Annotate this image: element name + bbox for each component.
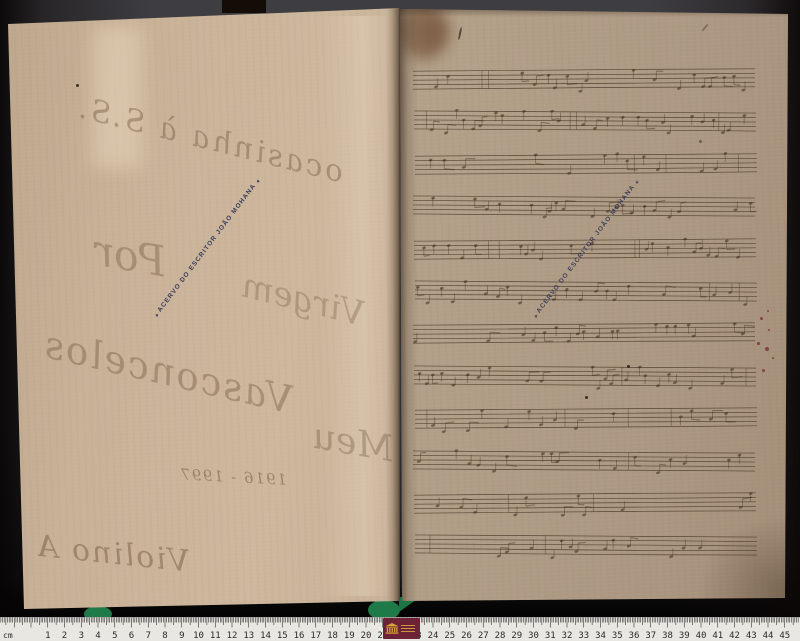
stamp-arrow-icon: ▲ — [634, 179, 640, 186]
ruler-number: 34 — [595, 631, 606, 641]
staff — [412, 489, 758, 521]
library-building-icon — [385, 623, 399, 635]
ruler-number: 13 — [243, 631, 254, 641]
ruler-number: 40 — [696, 631, 707, 641]
red-dot — [765, 347, 769, 351]
red-dot — [757, 342, 760, 345]
staff — [411, 192, 757, 224]
ruler-number: 10 — [193, 631, 204, 641]
ink-dot — [699, 140, 702, 143]
ruler-number: 26 — [461, 631, 472, 641]
ruler-number: 29 — [511, 631, 522, 641]
ruler-number: 25 — [444, 631, 455, 641]
ruler-number: 42 — [729, 631, 740, 641]
logo-microtext — [401, 625, 415, 632]
ruler-number: 16 — [294, 631, 305, 641]
ruler-number: 19 — [344, 631, 355, 641]
ruler-number: 11 — [210, 631, 221, 641]
ruler-number: 9 — [179, 631, 184, 641]
ink-dot — [585, 396, 588, 399]
staff — [413, 277, 759, 309]
ruler-number: 33 — [578, 631, 589, 641]
ruler-number: 37 — [645, 631, 656, 641]
ruler-number: 18 — [327, 631, 338, 641]
ink-dot — [627, 365, 630, 368]
red-dot — [768, 329, 770, 331]
ruler-number: 12 — [227, 631, 238, 641]
ruler-number: 43 — [746, 631, 757, 641]
staff — [413, 531, 759, 563]
red-dot — [772, 357, 774, 359]
ruler-number: 2 — [62, 631, 67, 641]
ruler-number: 44 — [763, 631, 774, 641]
ruler-number: 45 — [779, 631, 790, 641]
ruler-number: 6 — [129, 631, 134, 641]
ruler-number: 28 — [495, 631, 506, 641]
ruler-number: 17 — [310, 631, 321, 641]
ruler-number: 30 — [528, 631, 539, 641]
ruler-number: 1 — [45, 631, 50, 641]
ink-dot — [76, 84, 79, 87]
ruler-number: 35 — [612, 631, 623, 641]
staff — [413, 150, 759, 182]
staff — [411, 447, 757, 479]
ruler-number: 32 — [562, 631, 573, 641]
ruler-number: 39 — [679, 631, 690, 641]
staff — [412, 107, 758, 139]
institution-logo — [383, 618, 420, 639]
fold-shadow — [400, 8, 418, 602]
stamp-arrow-icon: ▲ — [255, 178, 261, 185]
page-clamp — [222, 0, 266, 13]
ruler-number: 14 — [260, 631, 271, 641]
red-dot — [760, 317, 763, 320]
ruler-number: 20 — [361, 631, 372, 641]
staff — [413, 404, 759, 436]
ruler-number: 36 — [629, 631, 640, 641]
staff — [411, 65, 757, 97]
red-stain-cluster — [750, 312, 790, 382]
staff — [411, 319, 757, 351]
ruler-number: 38 — [662, 631, 673, 641]
stamp-arrow-icon: ▲ — [533, 313, 539, 320]
red-dot — [762, 369, 765, 372]
ruler-number: 15 — [277, 631, 288, 641]
ruler-number: 27 — [478, 631, 489, 641]
fold-shadow — [386, 8, 400, 604]
stamp-arrow-icon: ▲ — [154, 312, 160, 319]
staff — [412, 362, 758, 394]
ruler-number: 4 — [95, 631, 100, 641]
ruler-number: 7 — [146, 631, 151, 641]
ruler-number: 3 — [79, 631, 84, 641]
cm-label: cm — [3, 631, 13, 640]
ruler-number: 8 — [162, 631, 167, 641]
ruler-number: 5 — [112, 631, 117, 641]
red-dot — [767, 310, 769, 312]
ruler-number: 31 — [545, 631, 556, 641]
ruler-number: 24 — [428, 631, 439, 641]
ruler-number: 41 — [712, 631, 723, 641]
